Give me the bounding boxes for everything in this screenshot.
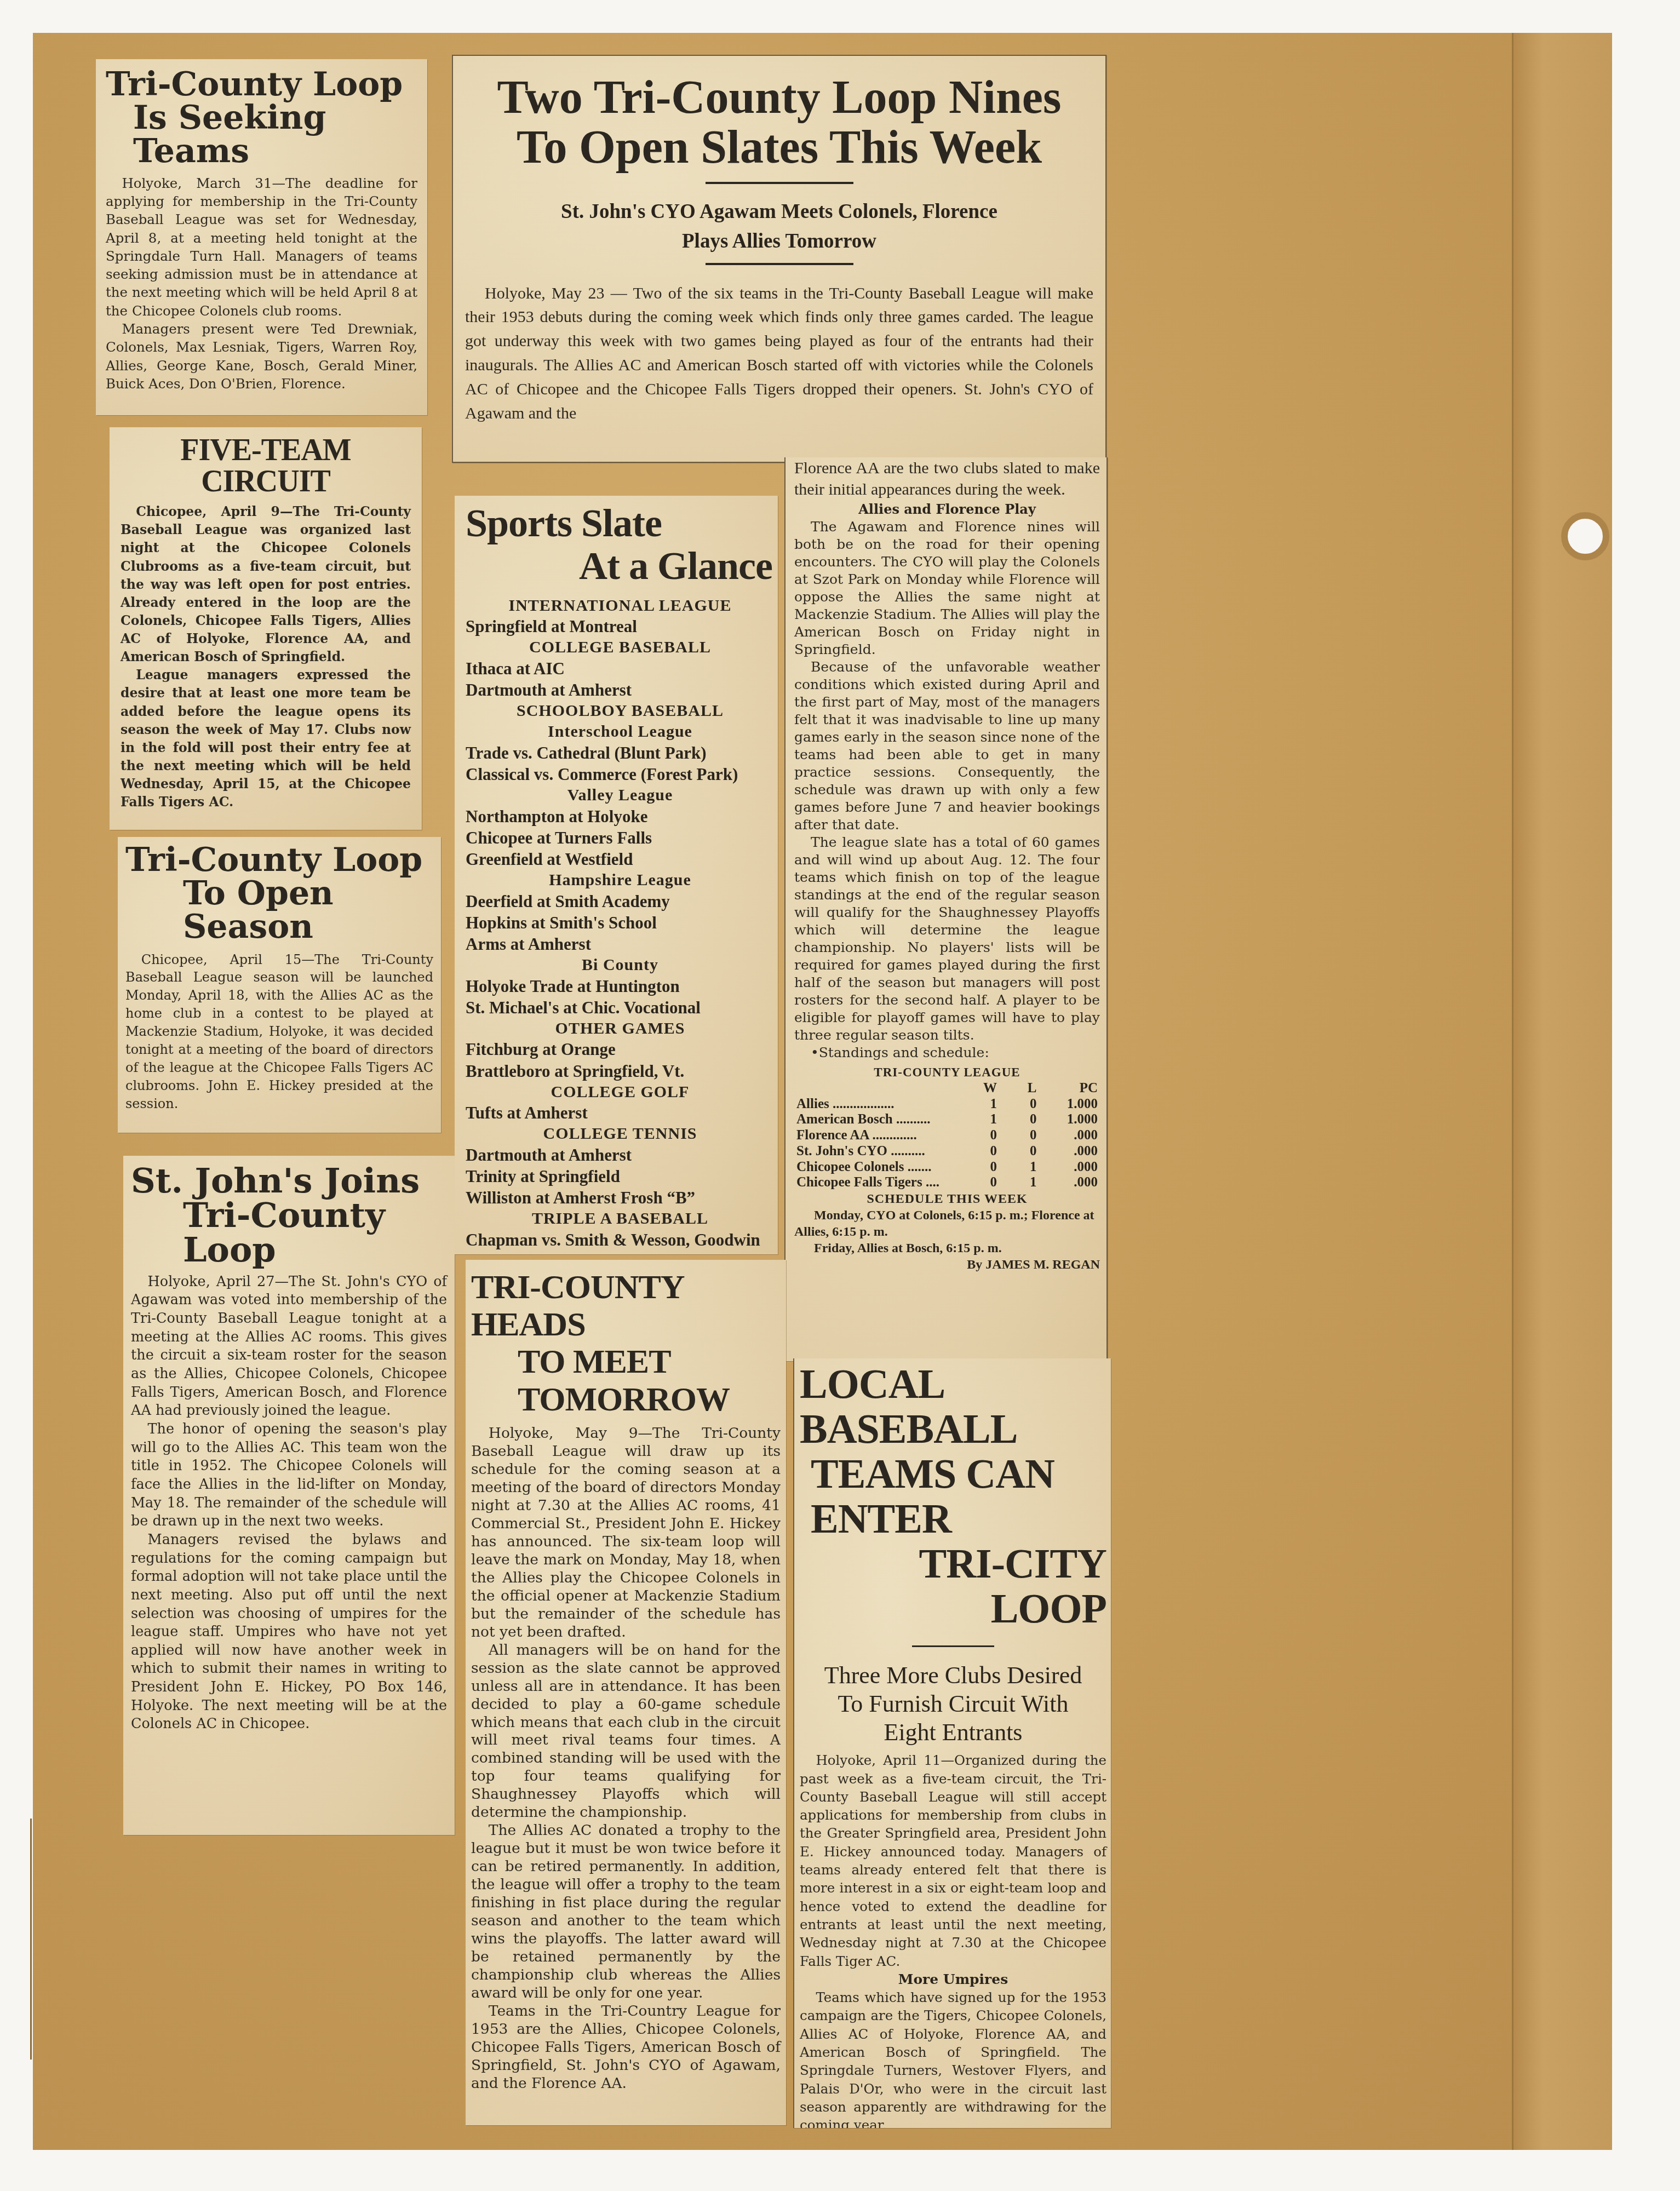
slate-game: Dartmouth at Amherst [466, 1144, 775, 1166]
slate-category: Interschool League [466, 721, 775, 742]
headline: Sports Slate At a Glance [466, 502, 775, 588]
headline: Two Tri-County Loop Nines To Open Slates… [465, 72, 1093, 172]
slate-game: Hopkins at Smith's School [466, 912, 775, 933]
slate-game: Chicopee at Turners Falls [466, 827, 775, 848]
standings-w: 0 [959, 1175, 999, 1191]
subheadline: St. John's CYO Agawam Meets Colonels, Fl… [465, 197, 1093, 256]
slate-game: St. Michael's at Chic. Vocational [466, 997, 775, 1018]
article-body-continued: Teams which have signed up for the 1953 … [800, 1988, 1106, 2128]
slate-game: Springfield at Montreal [466, 616, 775, 637]
slate-game: Greenfield at Westfield [466, 848, 775, 870]
clipping-seeking-teams: Tri-County Loop Is Seeking Teams Holyoke… [96, 59, 427, 415]
standings-l: 0 [999, 1144, 1039, 1160]
standings-pc: .000 [1039, 1175, 1100, 1191]
standings-w: 0 [959, 1144, 999, 1160]
article-body: Chicopee, April 15—The Tri-County Baseba… [125, 951, 433, 1113]
slate-game: Northampton at Holyoke [466, 806, 775, 827]
clipping-five-team-circuit: FIVE-TEAM CIRCUIT Chicopee, April 9—The … [110, 427, 422, 830]
article-body: Holyoke, March 31—The deadline for apply… [106, 174, 417, 393]
slate-category: Valley League [466, 785, 775, 806]
standings-w: 0 [959, 1160, 999, 1175]
slate-category: COLLEGE BASEBALL [466, 637, 775, 658]
clipping-sports-slate: Sports Slate At a Glance INTERNATIONAL L… [455, 496, 778, 1254]
standings-row: Chicopee Colonels .......01.000 [794, 1160, 1100, 1175]
standings-pc: 1.000 [1039, 1097, 1100, 1112]
clipping-heads-meet: TRI-COUNTY HEADS TO MEET TOMORROW Holyok… [466, 1260, 786, 2125]
slate-game: Williston at Amherst Frosh “B” [466, 1187, 775, 1208]
divider-rule [912, 1645, 994, 1647]
standings-header: W L PC [794, 1081, 1100, 1097]
slate-category: Bi County [466, 955, 775, 976]
headline: TRI-COUNTY HEADS TO MEET TOMORROW [471, 1269, 781, 1418]
standings-row: American Bosch ..........101.000 [794, 1112, 1100, 1128]
standings-team: Chicopee Colonels ....... [794, 1160, 959, 1175]
headline: FIVE-TEAM CIRCUIT [121, 435, 411, 497]
schedule-item: Monday, CYO at Colonels, 6:15 p. m.; Flo… [794, 1207, 1100, 1240]
standings-row: Chicopee Falls Tigers ....01.000 [794, 1175, 1100, 1191]
slate-game: Chapman vs. Smith & Wesson, Goodwin Park… [466, 1229, 775, 1254]
slate-category: COLLEGE GOLF [466, 1082, 775, 1103]
headline: Tri-County Loop To Open Season [125, 844, 433, 944]
standings-team: Florence AA ............. [794, 1128, 959, 1144]
standings-row: Allies ..................101.000 [794, 1097, 1100, 1112]
binding-strip [1512, 33, 1612, 2150]
article-lead: Holyoke, May 23 — Two of the six teams i… [465, 282, 1093, 426]
clipping-two-nines: Two Tri-County Loop Nines To Open Slates… [452, 55, 1106, 463]
section-heading: More Umpires [800, 1971, 1106, 1987]
slate-game: Fitchburg at Orange [466, 1039, 775, 1060]
article-continued: Florence AA are the two clubs slated to … [794, 457, 1100, 500]
standings-pc: .000 [1039, 1144, 1100, 1160]
subheadline: Three More Clubs Desired To Furnish Circ… [800, 1661, 1106, 1747]
slate-game: Deerfield at Smith Academy [466, 891, 775, 912]
standings-pc: .000 [1039, 1160, 1100, 1175]
headline: St. John's Joins Tri-County Loop [131, 1163, 447, 1267]
standings-l: 1 [999, 1175, 1039, 1191]
standings-row: St. John's CYO ..........00.000 [794, 1144, 1100, 1160]
standings-team: St. John's CYO .......... [794, 1144, 959, 1160]
standings-l: 0 [999, 1128, 1039, 1144]
standings-team: Chicopee Falls Tigers .... [794, 1175, 959, 1191]
headline: LOCAL BASEBALL TEAMS CAN ENTER TRI-CITY … [800, 1362, 1106, 1631]
article-body: Holyoke, April 11—Organized during the p… [800, 1751, 1106, 1970]
standings-l: 0 [999, 1097, 1039, 1112]
article-body: Holyoke, May 9—The Tri-County Baseball L… [471, 1425, 781, 2093]
divider-rule [706, 263, 853, 265]
clipping-local-baseball: LOCAL BASEBALL TEAMS CAN ENTER TRI-CITY … [793, 1358, 1111, 2128]
standings-row: Florence AA .............00.000 [794, 1128, 1100, 1144]
article-body: Holyoke, April 27—The St. John's CYO of … [131, 1273, 447, 1734]
standings-pc: .000 [1039, 1128, 1100, 1144]
schedule-title: SCHEDULE THIS WEEK [794, 1191, 1100, 1207]
standings-team: Allies .................. [794, 1097, 959, 1112]
slate-game: Tufts at Amherst [466, 1102, 775, 1123]
slate-game: Trade vs. Cathedral (Blunt Park) [466, 742, 775, 764]
standings-pc: 1.000 [1039, 1112, 1100, 1128]
binder-hole [1561, 512, 1609, 560]
slate-category: COLLEGE TENNIS [466, 1123, 775, 1144]
article-body: The Agawam and Florence nines will both … [794, 518, 1100, 1062]
divider-rule [706, 182, 853, 184]
standings-table: W L PC Allies ..................101.000A… [794, 1081, 1100, 1191]
slate-game: Trinity at Springfield [466, 1166, 775, 1187]
schedule-list: Monday, CYO at Colonels, 6:15 p. m.; Flo… [794, 1207, 1100, 1273]
slate-category: TRIPLE A BASEBALL [466, 1208, 775, 1229]
clipping-st-johns-joins: St. John's Joins Tri-County Loop Holyoke… [123, 1156, 455, 1835]
standings-w: 1 [959, 1112, 999, 1128]
headline: Tri-County Loop Is Seeking Teams [106, 68, 417, 169]
slate-category: INTERNATIONAL LEAGUE [466, 595, 775, 616]
standings-l: 1 [999, 1160, 1039, 1175]
margin-tab-strip [30, 1819, 42, 2060]
standings-l: 0 [999, 1112, 1039, 1128]
slate-game: Ithaca at AIC [466, 658, 775, 679]
slate-list: INTERNATIONAL LEAGUESpringfield at Montr… [466, 595, 775, 1255]
clipping-open-season: Tri-County Loop To Open Season Chicopee,… [118, 837, 441, 1133]
slate-category: SCHOOLBOY BASEBALL [466, 701, 775, 721]
slate-game: Classical vs. Commerce (Forest Park) [466, 764, 775, 785]
slate-game: Dartmouth at Amherst [466, 679, 775, 701]
section-heading: Allies and Florence Play [794, 501, 1100, 517]
standings-team: American Bosch .......... [794, 1112, 959, 1128]
slate-game: Holyoke Trade at Huntington [466, 976, 775, 997]
schedule-item: Friday, Allies at Bosch, 6:15 p. m. [794, 1240, 1100, 1257]
standings-w: 0 [959, 1128, 999, 1144]
clipping-two-nines-continued: Florence AA are the two clubs slated to … [784, 457, 1108, 1361]
slate-game: Brattleboro at Springfield, Vt. [466, 1060, 775, 1082]
slate-category: Hampshire League [466, 870, 775, 891]
article-body: Chicopee, April 9—The Tri-County Basebal… [121, 503, 411, 811]
slate-game: Arms at Amherst [466, 933, 775, 955]
slate-category: OTHER GAMES [466, 1018, 775, 1039]
byline: By JAMES M. REGAN [794, 1257, 1100, 1273]
standings-w: 1 [959, 1097, 999, 1112]
standings-title: TRI-COUNTY LEAGUE [794, 1065, 1100, 1081]
